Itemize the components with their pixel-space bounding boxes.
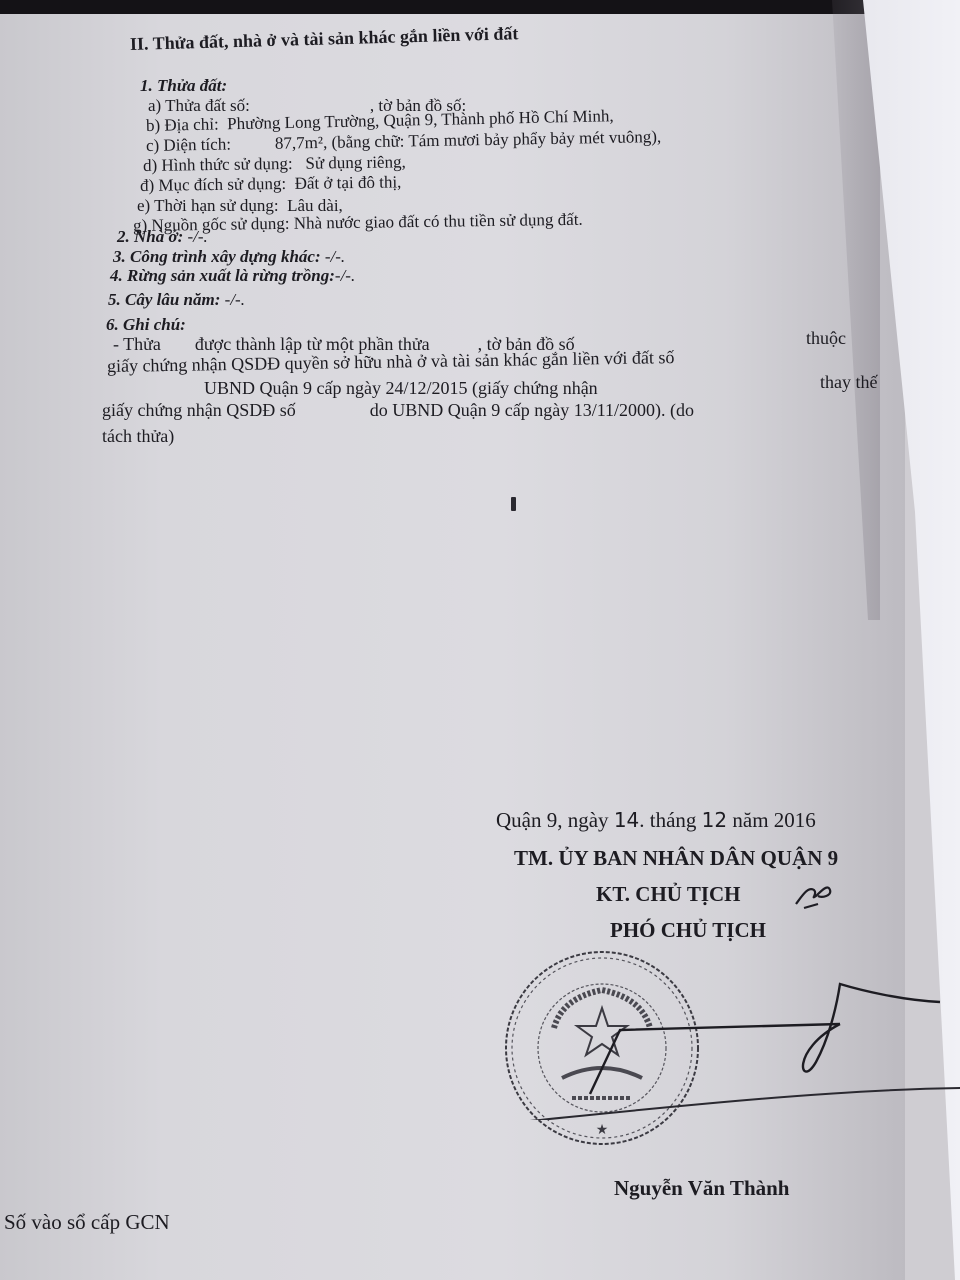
item4: 4. Rừng sản xuất là rừng trồng:-/-.: [110, 266, 355, 286]
signer-name: Nguyễn Văn Thành: [614, 1176, 789, 1201]
note-line-3: UBND Quận 9 cấp ngày 24/12/2015 (giấy ch…: [204, 378, 598, 399]
item1-heading: 1. Thửa đất:: [140, 76, 227, 96]
item2: 2. Nhà ở: -/-.: [117, 227, 208, 247]
svg-text:★: ★: [596, 1122, 609, 1138]
signature-icon: [520, 970, 960, 1120]
item3: 3. Công trình xây dựng khác: -/-.: [113, 247, 345, 267]
field-usage-purpose: đ) Mục đích sử dụng: Đất ở tại đô thị,: [140, 172, 402, 196]
label: a) Thửa đất số:: [148, 96, 250, 115]
initial-mark-icon: [792, 876, 836, 910]
signer-role-1: KT. CHỦ TỊCH: [596, 882, 741, 907]
signer-role-2: PHÓ CHỦ TỊCH: [610, 918, 766, 943]
item6-heading: 6. Ghi chú:: [106, 315, 186, 335]
item5: 5. Cây lâu năm: -/-.: [108, 290, 245, 310]
issuing-authority: TM. ỦY BAN NHÂN DÂN QUẬN 9: [514, 846, 838, 871]
note-line-4: giấy chứng nhận QSDĐ sốdo UBND Quận 9 cấ…: [102, 400, 694, 421]
note-line-3-end: thay thế: [820, 372, 877, 393]
ink-speck: [511, 497, 516, 511]
note-line-5: tách thửa): [102, 426, 174, 447]
note-line-1-end: thuộc: [806, 328, 846, 349]
registry-label: Số vào sổ cấp GCN: [4, 1210, 170, 1235]
signing-date: Quận 9, ngày 14. tháng 12 năm 2016: [496, 808, 816, 833]
